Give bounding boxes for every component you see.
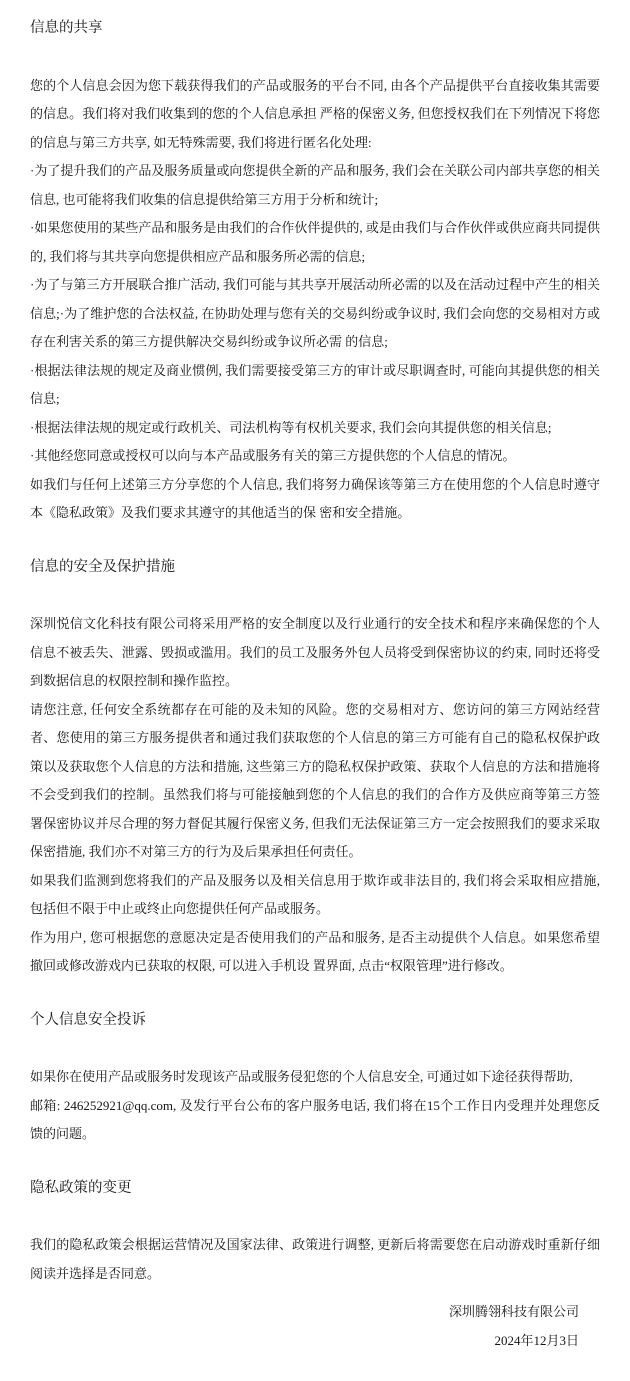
privacy-policy-document: 信息的共享您的个人信息会因为您下载获得我们的产品或服务的平台不同, 由各个产品提… (0, 0, 630, 1381)
section-heading: 隐私政策的变更 (30, 1174, 600, 1203)
policy-paragraph: 您的个人信息会因为您下载获得我们的产品或服务的平台不同, 由各个产品提供平台直接… (30, 72, 600, 158)
policy-paragraph: 请您注意, 任何安全系统都存在可能的及未知的风险。您的交易相对方、您访问的第三方… (30, 696, 600, 867)
section-heading: 个人信息安全投诉 (30, 1006, 600, 1035)
policy-paragraph: 作为用户, 您可根据您的意愿决定是否使用我们的产品和服务, 是否主动提供个人信息… (30, 924, 600, 981)
policy-paragraph: ·根据法律法规的规定及商业惯例, 我们需要接受第三方的审计或尽职调查时, 可能向… (30, 357, 600, 414)
policy-paragraph: 我们的隐私政策会根据运营情况及国家法律、政策进行调整, 更新后将需要您在启动游戏… (30, 1231, 600, 1288)
policy-date: 2024年12月3日 (30, 1327, 600, 1356)
policy-paragraph: ·为了与第三方开展联合推广活动, 我们可能与其共享开展活动所必需的以及在活动过程… (30, 271, 600, 357)
policy-paragraph: 如果你在使用产品或服务时发现该产品或服务侵犯您的个人信息安全, 可通过如下途径获… (30, 1063, 600, 1092)
company-signature: 深圳腾翎科技有限公司 (30, 1298, 600, 1327)
policy-paragraph: ·如果您使用的某些产品和服务是由我们的合作伙伴提供的, 或是由我们与合作伙伴或供… (30, 214, 600, 271)
policy-paragraph: ·为了提升我们的产品及服务质量或向您提供全新的产品和服务, 我们会在关联公司内部… (30, 157, 600, 214)
policy-paragraph: ·根据法律法规的规定或行政机关、司法机构等有权机关要求, 我们会向其提供您的相关… (30, 414, 600, 443)
policy-paragraph: 如果我们监测到您将我们的产品及服务以及相关信息用于欺诈或非法目的, 我们将会采取… (30, 867, 600, 924)
section-heading: 信息的共享 (30, 14, 600, 43)
policy-paragraph: 深圳悦信文化科技有限公司将采用严格的安全制度以及行业通行的安全技术和程序来确保您… (30, 610, 600, 696)
policy-paragraph: ·其他经您同意或授权可以向与本产品或服务有关的第三方提供您的个人信息的情况。 (30, 442, 600, 471)
policy-paragraph: 如我们与任何上述第三方分享您的个人信息, 我们将努力确保该等第三方在使用您的个人… (30, 471, 600, 528)
section-heading: 信息的安全及保护措施 (30, 553, 600, 582)
policy-paragraph: 邮箱: 246252921@qq.com, 及发行平台公布的客户服务电话, 我们… (30, 1092, 600, 1149)
